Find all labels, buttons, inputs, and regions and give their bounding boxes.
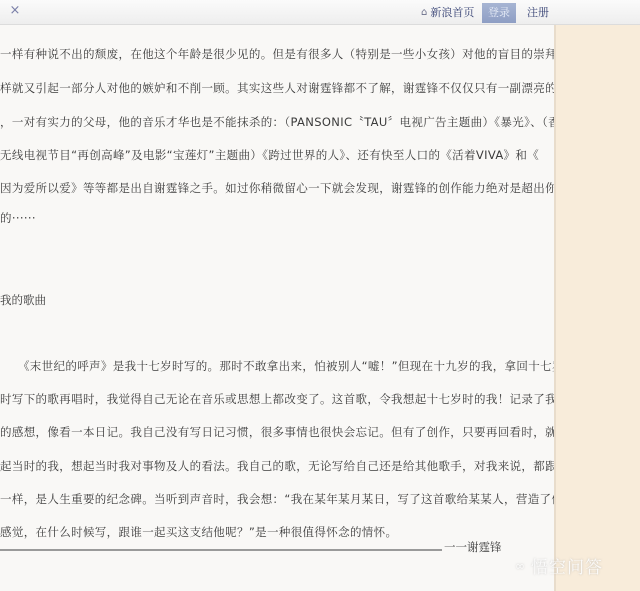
paragraph-line: 的感想，像看一本日记。我自己没有写日记习惯，很多事情也很快会忘记。但有了创作，只… [0,424,581,440]
clipped-text-line: 一一一一一一一一一一一一一一一一一一一一一一一一一一一一一一一一一一一一一一一一 [0,25,520,29]
section-title: 我的歌曲 [0,292,46,308]
sina-home-link[interactable]: ⌂ 新浪首页 [421,5,474,21]
paragraph-line: 无线电视节目“再创高峰”及电影“宝莲灯”主题曲）《跨过世界的人》、还有快至人口的… [0,147,539,163]
wukong-logo-icon: ∞ [515,559,526,573]
right-sidebar [554,25,640,591]
signature-underline [0,549,442,551]
register-link[interactable]: 注册 [527,5,549,21]
sina-home-label: 新浪首页 [430,5,474,21]
home-icon: ⌂ [421,5,427,21]
signature: 一一谢霆锋 [444,539,502,555]
paragraph-line: 的······ [0,210,36,226]
login-button[interactable]: 登录 [482,3,516,23]
article-content: 一一一一一一一一一一一一一一一一一一一一一一一一一一一一一一一一一一一一一一一一… [0,0,554,591]
paragraph-line: 一样，是人生重要的纪念碑。当听到声音时，我会想：“我在某年某月某日，写了这首歌给… [0,491,575,507]
paragraph-line: 《末世纪的呼声》是我十七岁时写的。那时不敢拿出来，怕被别人“嘘！”但现在十九岁的… [0,358,564,374]
paragraph-line: 时写下的歌再唱时，我觉得自己无论在音乐或思想上都改变了。这首歌，令我想起十七岁时… [0,391,581,407]
paragraph-line: 一样有种说不出的颓废，在他这个年龄是很少见的。但是有很多人（特别是一些小女孩）对… [0,46,581,62]
paragraph-line: ，一对有实力的父母，他的音乐才华也是不能抹杀的：（PANSONIC〝TAU〞电视… [0,114,572,130]
watermark-label: 悟空问答 [531,553,603,578]
page: 一一一一一一一一一一一一一一一一一一一一一一一一一一一一一一一一一一一一一一一一… [0,0,640,591]
paragraph-line: 起当时的我，想起当时我对事物及人的看法。我自己的歌，无论写给自己还是给其他歌手，… [0,458,581,474]
paragraph-line: 因为爱所以爱》等等都是出自谢霆锋之手。如过你稍微留心一下就会发现，谢霆锋的创作能… [0,180,581,196]
paragraph-line: 样就又引起一部分人对他的嫉妒和不削一顾。其实这些人对谢霆锋都不了解，谢霆锋不仅仅… [0,80,581,96]
top-toolbar: × ⌂ 新浪首页 登录 注册 [0,0,640,25]
watermark: ∞ 悟空问答 [515,553,603,578]
close-icon[interactable]: × [8,4,22,18]
paragraph-line: 感觉，在什么时候写，跟谁一起买这支结他呢？”是一种很值得怀念的情怀。 [0,524,397,540]
